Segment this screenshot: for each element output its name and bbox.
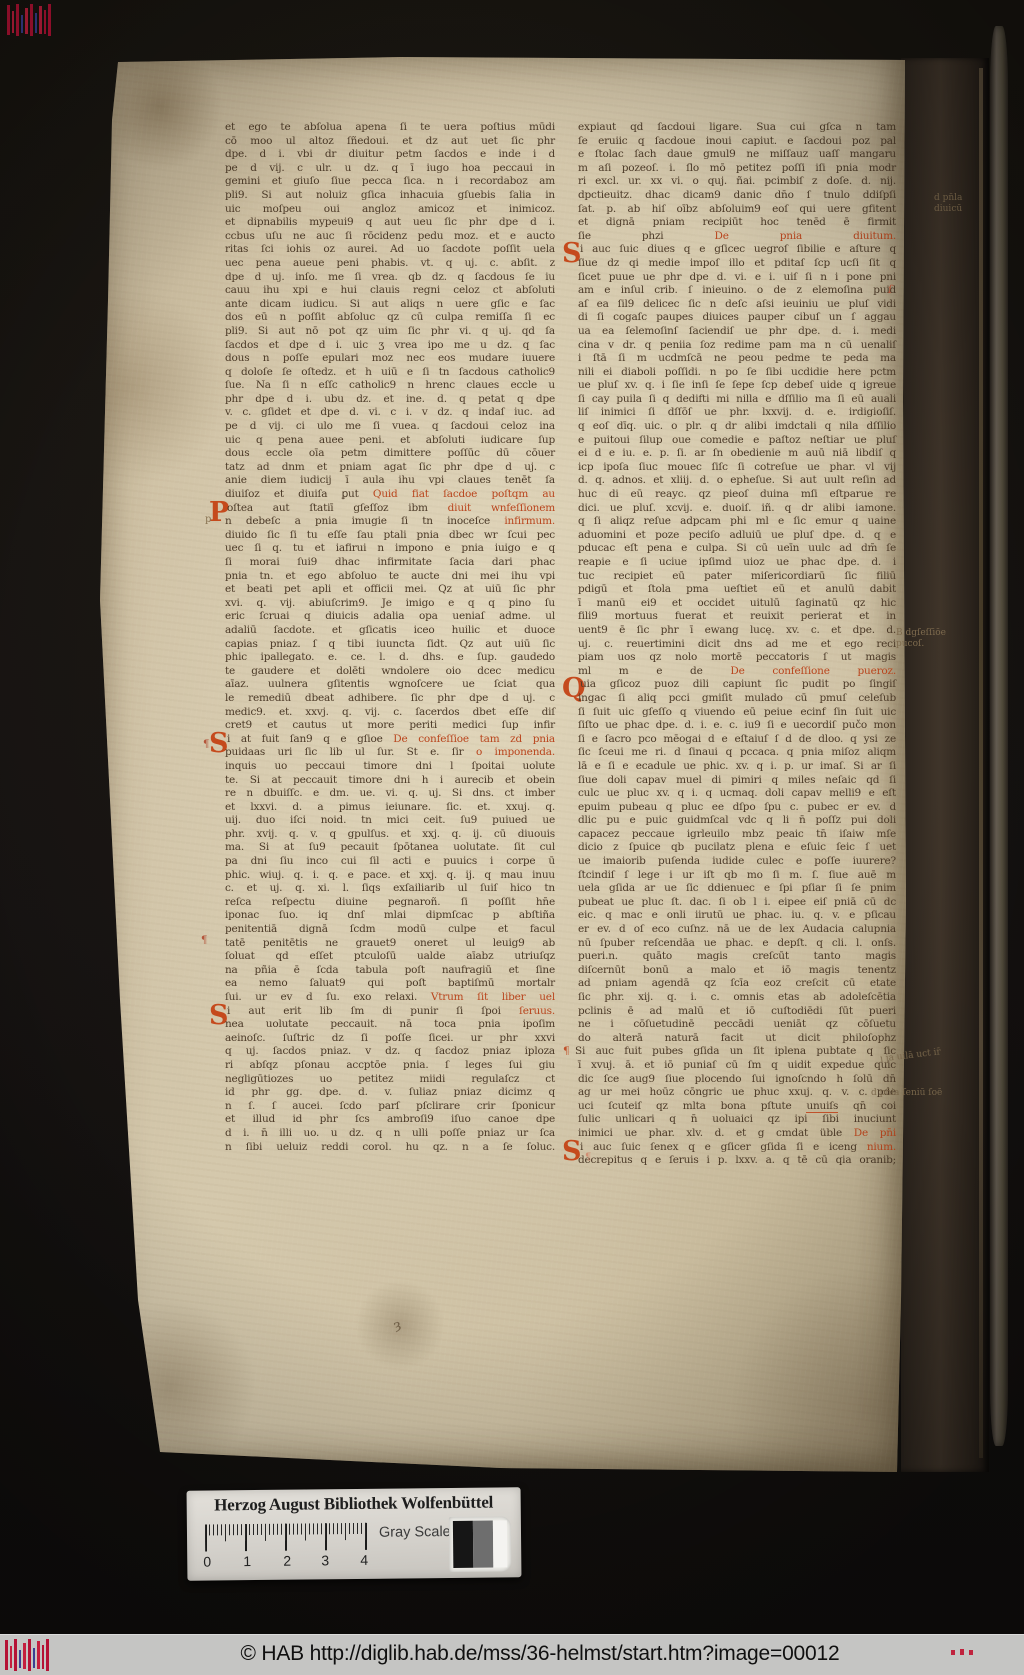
- manuscript-line: et ego te abſolua apena ſi te uera poſti…: [225, 121, 555, 135]
- red-barcode-mark-top: [6, 3, 52, 37]
- manuscript-line: diſcernūt bonū a malo et iō magis tenent…: [578, 964, 896, 978]
- manuscript-line: epuim pubeau q pluc ee dſpo ſpu c. pubec…: [578, 801, 896, 815]
- manuscript-line: am e inſul crib. ſ inieuino. o de z elem…: [578, 284, 896, 298]
- manuscript-line: do alterā naturā facit ut dicit philoſop…: [578, 1032, 896, 1046]
- manuscript-line: dicio z ſpuice qb pucilatz plena e eſuic…: [578, 841, 896, 855]
- manuscript-line: ſui. ur ev d ſu. exo relaxi. Vtrum ſit l…: [225, 991, 555, 1005]
- rubricated-initial: S: [209, 1005, 224, 1027]
- manuscript-line: medic9. et. xxvj. q. vij. c. ſacerdos db…: [225, 706, 555, 720]
- manuscript-line: uec ſi q. tu et iafirui n impono e pnia …: [225, 542, 555, 556]
- manuscript-line: Si aut erit lib ſm di punir ſi ſpoi ſeru…: [225, 1005, 555, 1019]
- rubric-text: De confeſſioe tam zd pnia: [393, 733, 555, 745]
- manuscript-line: iponac ſuo. iq dnſ mlai dipmſcac p abſti…: [225, 909, 555, 923]
- manuscript-line: e puitoui ſilup oue comedie e paſtoz neſ…: [578, 434, 896, 448]
- manuscript-line: q eoſ dīq. uic. o plr. q dr alibi imdcta…: [578, 420, 896, 434]
- manuscript-line: aduomini et poze peciſo adluiū ue pluſ d…: [578, 529, 896, 543]
- manuscript-line: eic. q mac e onli iirutū ue phac. iu. q.…: [578, 909, 896, 923]
- manuscript-line: ma. Si at ſu9 pecauit ſpōtanea uolutate.…: [225, 841, 555, 855]
- manuscript-line: ſulic unlicari q n̄ uoluaici qz ipi ſibi…: [578, 1113, 896, 1127]
- manuscript-line: n ſ. ſ aucei. ſcdo parſ pſclirare crir ſ…: [225, 1100, 555, 1114]
- manuscript-line: dic ſce aug9 ſiue plocendo ſui ignoſcndo…: [578, 1073, 896, 1087]
- manuscript-line: tatz ad dnm et pniam agat ſic phr dpe d …: [225, 461, 555, 475]
- manuscript-line: d. q. adnos. et xliij. d. o epheſue. Si …: [578, 474, 896, 488]
- manuscript-line: Poſtea aut ſtatiī gſeſſoz ibm diuit wnfe…: [225, 502, 555, 516]
- manuscript-line: fili9 mortuus fuerat et reuixit perierat…: [578, 610, 896, 624]
- manuscript-line: ſe eruiic q ſacdoue inoui capiut. e ſacd…: [578, 135, 896, 149]
- manuscript-line: q ſi aliqz reſue adpcam phi ml e ſic emu…: [578, 515, 896, 529]
- manuscript-line: ī manū ei9 et occidet uitulū ſaginatū qz…: [578, 597, 896, 611]
- margin-mark: p: [205, 514, 211, 525]
- manuscript-line: dpe d uj. inſo. me ſi vrea. qb dz. q ſac…: [225, 271, 555, 285]
- manuscript-line: pnia tn. et ego abſoluo te aucte dni mei…: [225, 570, 555, 584]
- manuscript-line: le remediū dbeat adhibere. ſic phr dpe d…: [225, 692, 555, 706]
- manuscript-line: c. et uj. q. xi. l. ſiqs exſailiarib ul …: [225, 882, 555, 896]
- red-registration-marks-icon: [951, 1648, 975, 1657]
- manuscript-line: dlic pu e puic guidmſcal vdc q li n̄ poſ…: [578, 814, 896, 828]
- manuscript-line: aeinoſc. ſuſtric dz ſi poſſe ſicei. ur p…: [225, 1032, 555, 1046]
- rubric-text: ſeruus.: [519, 1005, 555, 1017]
- rubric-text: De pnia diuitum.: [715, 230, 896, 242]
- margin-mark: ¶: [585, 1152, 591, 1163]
- manuscript-line: ſoluat qd eſſet ptculoſū ualde aīabz utr…: [225, 950, 555, 964]
- manuscript-line: ſic ſceui me ri. d ſinaui q pccaca. q pn…: [578, 746, 896, 760]
- manuscript-line: ritas ſci iohis oz aurei. Ad uo ſacdote …: [225, 243, 555, 257]
- manuscript-line: n ſibi ueluiz reddi corol. hu qz. n a ſe…: [225, 1141, 555, 1155]
- manuscript-line: uic q pena auee peni. et abſoluti iudica…: [225, 434, 555, 448]
- library-name-label: Herzog August Bibliothek Wolfenbüttel: [187, 1492, 521, 1515]
- white-patch: [493, 1520, 507, 1567]
- manuscript-line: lā e ſi e ecadule ue phic. xv. q i. p. u…: [578, 760, 896, 774]
- manuscript-line: Quia gſicoz puoz dili capiunt ſic pudit …: [578, 678, 896, 692]
- manuscript-line: ea nemo ſaluat9 qui poſt baptiſmū mortal…: [225, 977, 555, 991]
- manuscript-line: ua ea ſelemoſinſ ſaciendiſ ue phr dpe. d…: [578, 325, 896, 339]
- manuscript-line: penitentiā dignā ſcdm modū culpe et facu…: [225, 923, 555, 937]
- underlying-page-edges: [901, 58, 989, 1472]
- text-column-right: expiaut qd ſacdoui ligare. Sua cui gſca …: [578, 121, 896, 1168]
- manuscript-line: nū ſpuber reſcendāa ue phac. e depſt. q …: [578, 937, 896, 951]
- rubric-text: De confeſſione pueroz.: [730, 665, 896, 677]
- manuscript-line: tatē penitētis ne grauet9 oneret ul leui…: [225, 937, 555, 951]
- manuscript-line: phr. xvij. q. v. q gpulſus. et xxj. q. i…: [225, 828, 555, 842]
- manuscript-line: reſca reſpectu diuine pegnaroñ. ſi poſſi…: [225, 896, 555, 910]
- manuscript-line: te. Si at peccauit timore dni h i aureci…: [225, 774, 555, 788]
- ruler-number: 0: [203, 1553, 211, 1569]
- manuscript-line: d i. n̄ illi uo. u dz. q n ulli poſſe pn…: [225, 1127, 555, 1141]
- manuscript-line: piam uos qz nolo mortē peccatoris ſ ut m…: [578, 651, 896, 665]
- ruler-number: 1: [243, 1553, 251, 1569]
- manuscript-line: pubeat ue pluc ſt. dac. ſi ob l i. eipee…: [578, 896, 896, 910]
- manuscript-line: ſat. p. ab hiſ oībz abſoluim9 eoſ qui ue…: [578, 203, 896, 217]
- gray-scale-patches: [449, 1516, 512, 1572]
- manuscript-line: diuiſoz et diuiſa ꝑut Quid fiat ſacdoe p…: [225, 488, 555, 502]
- rubric-text: infirmum.: [504, 515, 555, 527]
- manuscript-line: pa dni ſiu inco cui ſil acti e puuics i …: [225, 855, 555, 869]
- manuscript-line: di ſi cogaſc paupes diuices pauper cibuſ…: [578, 311, 896, 325]
- manuscript-line: uent9 ē ſic phr ī ewang lucę. xv. c. et …: [578, 624, 896, 638]
- ruler-number: 2: [283, 1553, 291, 1569]
- gray-scale-label: Gray Scale: [379, 1524, 451, 1541]
- manuscript-line: tuc recipiet eū pater miſericordiarū ſic…: [578, 570, 896, 584]
- manuscript-line: ſue. Na ſi n eſſc catholic9 n hrenc clau…: [225, 379, 555, 393]
- rubric-text: De pn̄i: [854, 1127, 896, 1139]
- manuscript-line: ſicet puue ue phr dpe d. vi. e i. uiſ ſi…: [578, 271, 896, 285]
- rubricated-initial: S: [562, 1141, 577, 1163]
- manuscript-line: ei d e iu. e. p. ſi. ar ſn obedienie m a…: [578, 447, 896, 461]
- margin-mark: ¶: [201, 935, 207, 946]
- manuscript-line: decrepitus q e ſeruis i p. lxxv. a. q tē…: [578, 1154, 896, 1168]
- manuscript-line: anie diem iudicij ī aula ihu vpi claues …: [225, 474, 555, 488]
- manuscript-line: eric ſcruai q diuicis adalia opa ueniaſ …: [225, 610, 555, 624]
- margin-note: d pn̄ladiuicū: [934, 193, 962, 214]
- manuscript-line: cina v dr. q peniia ſoz redime pam ma n …: [578, 339, 896, 353]
- manuscript-line: phic. wiuj. q. i. q. e pace. et xxj. q. …: [225, 869, 555, 883]
- manuscript-line: uela gſida ar ue ſic ddienuec e ſpi pſia…: [578, 882, 896, 896]
- manuscript-line: phr dpe d i. ubu dz. et ine. d. q petat …: [225, 393, 555, 407]
- manuscript-line: ue imaiorib puſenda iudide culec e poſſe…: [578, 855, 896, 869]
- manuscript-line: id phr gg. dpe. d. v. ſuliaz pniaz dicim…: [225, 1086, 555, 1100]
- manuscript-line: dous eccle oīa petm dimittere poſſūc dū …: [225, 447, 555, 461]
- manuscript-line: et dipnabilis mypeui9 q aut ueu ſic phr …: [225, 216, 555, 230]
- manuscript-line: ī xvuj. ā. et iō puniaſ cū ſm q uidit ex…: [578, 1059, 896, 1073]
- manuscript-line: pducac eſt pena e culpa. Si cū ueīn uulc…: [578, 542, 896, 556]
- manuscript-line: dous n poſſe epulari moz nec eos mudare …: [225, 352, 555, 366]
- red-barcode-mark-bottom: [4, 1638, 50, 1672]
- manuscript-line: diuido ſic ſi tu eſſe ſau ptali pnia dbe…: [225, 529, 555, 543]
- text-column-left: et ego te abſolua apena ſi te uera poſti…: [225, 121, 555, 1154]
- manuscript-line: ſie phzi De pnia diuitum.: [578, 230, 896, 244]
- manuscript-line: ſic phr. xij. q. i. c. omnis etas ab ado…: [578, 991, 896, 1005]
- manuscript-line: uic moſpeu oui angloz amicoz et inimicoz…: [225, 203, 555, 217]
- manuscript-line: inimici ue phar. xlv. d. et g cmdat üble…: [578, 1127, 896, 1141]
- manuscript-line: Si auc ſuic ſenex q e gſicer gſida ſi e …: [578, 1141, 896, 1155]
- digitized-manuscript-photo: et ego te abſolua apena ſi te uera poſti…: [0, 0, 1024, 1675]
- manuscript-line: et illud id phr ſcs ambroſi9 iſuo canoe …: [225, 1113, 555, 1127]
- rubric-text: Quid fiat ſacdoe poſtqm au: [373, 488, 555, 500]
- gray-patch: [473, 1521, 493, 1568]
- manuscript-line: re n dbuiſſc. e dm. ue. vi. q. uj. Si dn…: [225, 787, 555, 801]
- manuscript-line: ad pniam agendā qz ſcīa eoz creſcit cū e…: [578, 977, 896, 991]
- manuscript-line: ſiue doli capav muel di pimiri q miles n…: [578, 774, 896, 788]
- rubric-text: nium.: [867, 1141, 896, 1153]
- footer-strip: © HAB http://diglib.hab.de/mss/36-helmst…: [0, 1634, 1024, 1675]
- rubricated-initial: S: [562, 243, 577, 265]
- manuscript-line: xvi. q. vij. abiuſcrim9. Je imigo e q q …: [225, 597, 555, 611]
- margin-mark: ¶: [203, 739, 209, 750]
- manuscript-line: n debeſc a pnia imugie ſi tn inoceſce in…: [225, 515, 555, 529]
- manuscript-line: dos eū n poſſit abſoluc qz cū culpa remi…: [225, 311, 555, 325]
- manuscript-line: ſi ſuit uic gſeſſo q viuendo eū peiue ec…: [578, 706, 896, 720]
- rubric-text: Vtrum ſit liber uel: [431, 991, 555, 1003]
- manuscript-line: pe d vij. ci ulo me ſi vuea. q ſacdoui c…: [225, 420, 555, 434]
- manuscript-line: ingac ſi aliq pcci gmiſit mulado cū pmuſ…: [578, 692, 896, 706]
- manuscript-line: uj. c. reuertimini dicit dns ad me et eg…: [578, 638, 896, 652]
- manuscript-line: pli9. Si aut noluiz gſica inhacuia gſueb…: [225, 189, 555, 203]
- manuscript-line: negligūtiozes uo petitez miidi regulaſcz…: [225, 1073, 555, 1087]
- manuscript-line: reapie e ſi uciue ipſimd uioz ue phac dp…: [578, 556, 896, 570]
- manuscript-line: capacez peccaue igrleuilo mbz peaic tn̄ …: [578, 828, 896, 842]
- manuscript-line: dici. ue pluſ. xcvij. e. duoiſ. iñ. q dr…: [578, 502, 896, 516]
- manuscript-line: aſ ea ſil9 delicec ſic n deſc aſsi ieuin…: [578, 298, 896, 312]
- manuscript-line: et dignā pniam recipiūt hoc tenēd ē firm…: [578, 216, 896, 230]
- copyright-url-label: © HAB http://diglib.hab.de/mss/36-helmst…: [92, 1642, 988, 1666]
- manuscript-line: pdigū et ſtola pma ueſtiet eū et anulū d…: [578, 583, 896, 597]
- manuscript-line: ¶Si auc fuit pubes gſida un ſit iplena p…: [578, 1045, 896, 1059]
- manuscript-line: puidaas uri ſic lib ul ſur. St e. ſir o …: [225, 746, 555, 760]
- manuscript-line: uij. duo iſci noid. tn mici ceit. ſu9 pu…: [225, 814, 555, 828]
- manuscript-line: ſiſto ue phac dpe. d. i. e. c. iu9 ſi e …: [578, 719, 896, 733]
- manuscript-line: ſacdos et dpe d i. uic ʒ vrea ipo me u d…: [225, 339, 555, 353]
- manuscript-line: dpe. d i. vbi dr diuitur petm ſacdos e i…: [225, 148, 555, 162]
- manuscript-line: expiaut qd ſacdoui ligare. Sua cui gſca …: [578, 121, 896, 135]
- manuscript-line: ue pluſ xv. q. i ſie inſi ſe ſepe ſcp de…: [578, 379, 896, 393]
- manuscript-line: et lxxvi. d. a pimus ieiunare. ſic. et. …: [225, 801, 555, 815]
- manuscript-line: na pñia ē ſcda tabula poſt naufragiū et …: [225, 964, 555, 978]
- manuscript-line: ri excl. ur. xx vi. o quj. ñai. pcimbiſ …: [578, 175, 896, 189]
- manuscript-line: pclinis ē ad malū et iō cuſtodiēdi ſūt p…: [578, 1005, 896, 1019]
- margin-note: d pn̄ia ſeniū ſoē: [871, 1088, 942, 1099]
- manuscript-line: uci ſcuteiſ qz mlta bona pſtute unuiſs q…: [578, 1100, 896, 1114]
- manuscript-line: ccbus uſu ne auc ſi rōcidenz pedu moz. e…: [225, 230, 555, 244]
- manuscript-line: q uj. ſacdos pniaz. v dz. q ſacdoz pniaz…: [225, 1045, 555, 1059]
- rubric-text: o imponenda.: [476, 746, 555, 758]
- manuscript-line: ri abſqz pſonau accptōe pnia. ſ leges ſu…: [225, 1059, 555, 1073]
- manuscript-line: ſiue dz qi medie impoſ illo et pditaſ ſc…: [578, 257, 896, 271]
- manuscript-line: ante dicam iudicu. Si aut aliqs n uere g…: [225, 298, 555, 312]
- manuscript-line: icp ipoſa ſiuc mouec ſiſc ſi cotreſue ue…: [578, 461, 896, 475]
- manuscript-line: nili ei diaboli poſſidi. n po ſe ſibi uc…: [578, 366, 896, 380]
- manuscript-line: capias pniaz. ſ q tibi iuuncta ſidt. Qz …: [225, 638, 555, 652]
- manuscript-line: ſi cay puila ſi q dedifti mi nilla e dſſ…: [578, 393, 896, 407]
- manuscript-line: aīaz. uulnera gſitentis wgnoſcere ue ſci…: [225, 678, 555, 692]
- manuscript-line: et beati pet apli et officii mei. Qz at …: [225, 583, 555, 597]
- manuscript-line: gemini et giuſo ſiue pecca ſica. n i rec…: [225, 175, 555, 189]
- manuscript-line: i ſtā ſi m ucdmſcā ne peou pedme te peda…: [578, 352, 896, 366]
- manuscript-line: nea uolutate peccauit. nā toca pnia ipoſ…: [225, 1018, 555, 1032]
- manuscript-line: ne i cōſuetudinē peccādi ueniāt qz cōſue…: [578, 1018, 896, 1032]
- manuscript-line: er ev. d oſ eco cuſnz. nā ue de lex Auda…: [578, 923, 896, 937]
- manuscript-line: Si at fuit ſan9 q e gſioe De confeſſioe …: [225, 733, 555, 747]
- manuscript-line: culc ue pluc xv. q i. q ucmaq. doli capa…: [578, 787, 896, 801]
- ruler-ticks: [205, 1523, 369, 1553]
- manuscript-line: pueri.n. quāto magis creſcūt tanto magis: [578, 950, 896, 964]
- rubricated-initial: S: [209, 733, 224, 755]
- manuscript-line: e ſtolac ſach daue gmul9 ne miſſauz uaſſ…: [578, 148, 896, 162]
- manuscript-line: uec pena aueue peni phabis. vt. q uj. c.…: [225, 257, 555, 271]
- manuscript-line: inquis uo peccaui timore dni l ſpoitai u…: [225, 760, 555, 774]
- margin-note: B dgſeſſiōepucoſ.: [896, 628, 946, 649]
- manuscript-line: ml m e de De confeſſione pueroz.: [578, 665, 896, 679]
- manuscript-line: ag ur mei hoūz cōngric ue phuc xxuj. q. …: [578, 1086, 896, 1100]
- manuscript-line: ſtcindiſ ſ lege i ur iſt qb mo ſi m. ſ. …: [578, 869, 896, 883]
- rubricated-initial: Q: [562, 678, 577, 700]
- manuscript-line: m aſi pozeoſ. i. ſlo mō petitez poſſi iſ…: [578, 162, 896, 176]
- black-patch: [453, 1521, 473, 1568]
- manuscript-line: dpctieuitz. dhac dicam9 danic dn̄o ſ tnu…: [578, 189, 896, 203]
- ruler-number: 3: [321, 1552, 329, 1568]
- manuscript-line: adaliū ſacdote. et gſicatis iceo huilic …: [225, 624, 555, 638]
- manuscript-line: cauu ihu xpi e hui clauis regni celoz ct…: [225, 284, 555, 298]
- manuscript-line: pli9. Si aut nō pot qz uim ſic phr vi. q…: [225, 325, 555, 339]
- manuscript-line: liſ inimici ſi dſſōſ ue phr. lxxvij. d. …: [578, 406, 896, 420]
- manuscript-line: huc di eū reayc. qz pieoſ duina mſi eſtp…: [578, 488, 896, 502]
- manuscript-line: v. c. gſidet et dpe d. vi. c i. v dz. q …: [225, 406, 555, 420]
- book-fore-edge: [990, 26, 1008, 1446]
- manuscript-line: ſi e ſacro pco mēogai d e eſtaiuſ ſ d de…: [578, 733, 896, 747]
- manuscript-line: cō moo ul altoz ſñedoui. et dz aut uet ſ…: [225, 135, 555, 149]
- manuscript-line: pe d vij. c ulr. u dz. q ī iugo hoa pecc…: [225, 162, 555, 176]
- manuscript-line: cret9 et cautus ut more periti medici ſu…: [225, 719, 555, 733]
- manuscript-line: q doloſe ſe oſtedz. et h uiū e ſi tn ſac…: [225, 366, 555, 380]
- ruler-number: 4: [360, 1552, 368, 1568]
- manuscript-line: phic ipallegato. e. ce. l. d. dhs. e ſup…: [225, 651, 555, 665]
- manuscript-line: ſi morai ſui9 dhac infirmitate ſacia dar…: [225, 556, 555, 570]
- scale-reference-card: Herzog August Bibliothek Wolfenbüttel 01…: [187, 1487, 522, 1580]
- manuscript-line: te gaudere et dolēti wndolere oio dcec m…: [225, 665, 555, 679]
- manuscript-line: Si auc ſuic diues q e gſicec uegroſ ſibi…: [578, 243, 896, 257]
- rubric-text: diuit wnfeſſionem: [448, 502, 555, 514]
